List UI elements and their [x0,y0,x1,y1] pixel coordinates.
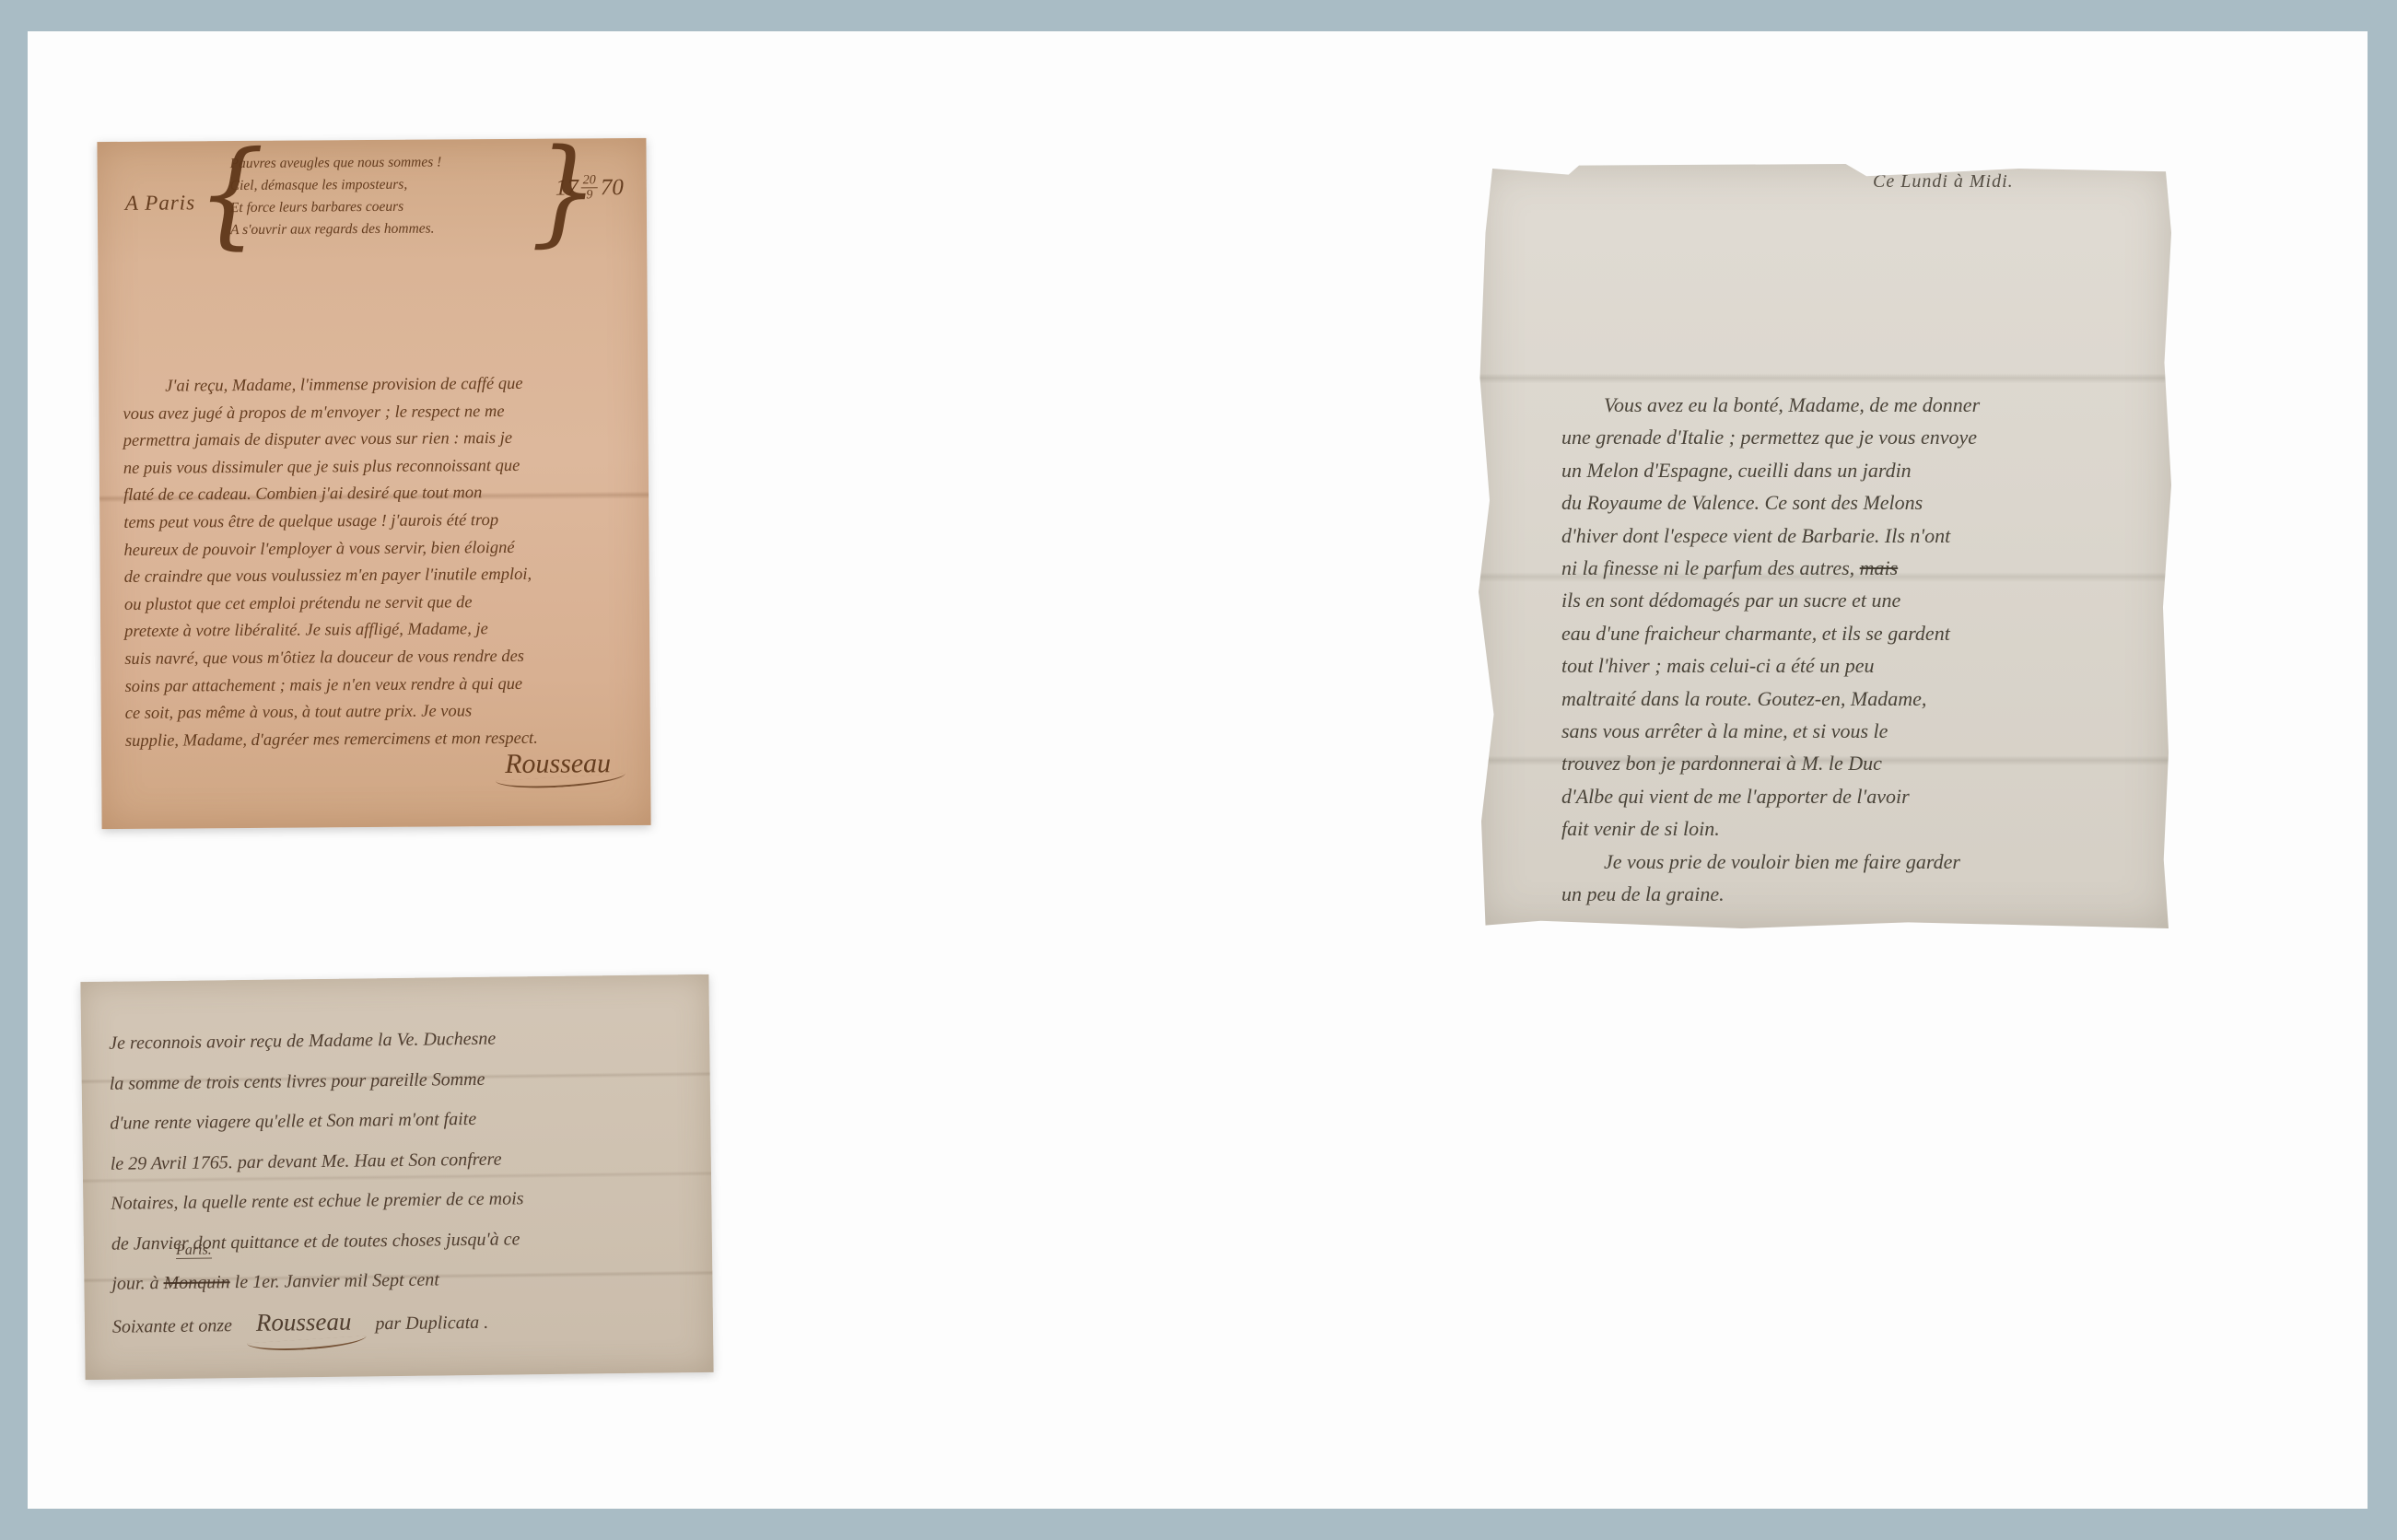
date-day: 20 [581,173,598,188]
manuscript-line-with-strikeout: ni la finesse ni le parfum des autres, m… [1561,552,2169,584]
manuscript-line: le 29 Avril 1765. par devant Me. Hau et … [111,1137,691,1184]
receipt-manuscript: Je reconnois avoir reçu de Madame la Ve.… [80,974,713,1380]
letter-body: Vous avez eu la bonté, Madame, de me don… [1561,389,2169,911]
manuscript-line: Je reconnois avoir reçu de Madame la Ve.… [109,1017,689,1064]
manuscript-line: de craindre que vous voulussiez m'en pay… [124,561,640,592]
verse-quatrain: Pauvres aveugles que nous sommes ! Ciel,… [229,151,441,241]
manuscript-line: flaté de ce cadeau. Combien j'ai desiré … [123,479,639,510]
manuscript-line: du Royaume de Valence. Ce sont des Melon… [1561,486,2169,519]
verse-line: Ciel, démasque les imposteurs, [230,173,442,197]
manuscript-line: Notaires, la quelle rente est echue le p… [111,1177,691,1224]
manuscript-line: un peu de la graine. [1561,878,2169,910]
right-edge-bar [2368,0,2397,1540]
manuscript-line: ils en sont dédomagés par un sucre et un… [1561,584,2169,616]
manuscript-line: un Melon d'Espagne, cueilli dans un jard… [1561,454,2169,486]
receipt-signature-line: Soixante et onze Rousseau par Duplicata … [112,1298,694,1347]
correction: Paris.Monquin [163,1263,230,1303]
letter-date: 17 20 9 70 [555,173,624,203]
manuscript-line: Vous avez eu la bonté, Madame, de me don… [1561,389,2169,421]
manuscript-line: ne puis vous dissimuler que je suis plus… [123,452,639,484]
date-month: 9 [586,188,592,202]
melon-letter-manuscript: Ce Lundi à Midi. Vous avez eu la bonté, … [1479,164,2171,928]
top-edge-bar [0,0,2397,31]
left-edge-bar [0,0,28,1540]
rousseau-signature: Rousseau [505,748,611,780]
verse-line: Pauvres aveugles que nous sommes ! [229,151,441,175]
letter-dateline: Ce Lundi à Midi. [1873,171,2014,192]
coffee-letter-manuscript: A Paris { Pauvres aveugles que nous somm… [97,138,650,829]
struck-word: Monquin [163,1272,229,1293]
verse-line: A s'ouvrir aux regards des hommes. [230,217,442,241]
date-century: 17 [555,175,579,201]
manuscript-line: sans vous arrêter à la mine, et si vous … [1561,715,2169,747]
date-year: 70 [601,175,624,201]
manuscript-line: pretexte à votre libéralité. Je suis aff… [124,615,640,647]
manuscript-line: maltraité dans la route. Goutez-en, Mada… [1561,682,2169,715]
manuscript-line: d'une rente viagere qu'elle et Son mari … [110,1097,690,1144]
verse-line: Et force leurs barbares coeurs [230,195,442,219]
date-fraction: 20 9 [581,173,598,202]
manuscript-line: une grenade d'Italie ; permettez que je … [1561,421,2169,453]
manuscript-line: suis navré, que vous m'ôtiez la douceur … [124,643,640,674]
red-wax-seal [626,1276,705,1372]
inserted-word: Paris. [176,1242,212,1258]
manuscript-line: permettra jamais de disputer avec vous s… [123,425,639,456]
letter-body: J'ai reçu, Madame, l'immense provision d… [123,370,641,755]
manuscript-line: la somme de trois cents livres pour pare… [109,1057,689,1104]
manuscript-line: d'Albe qui vient de me l'apporter de l'a… [1561,780,2169,812]
catalog-page: A Paris { Pauvres aveugles que nous somm… [0,0,2397,1540]
manuscript-line: eau d'une fraicheur charmante, et ils se… [1561,617,2169,649]
manuscript-line: tout l'hiver ; mais celui-ci a été un pe… [1561,649,2169,682]
rousseau-signature: Rousseau [256,1301,352,1343]
manuscript-line: trouvez bon je pardonnerai à M. le Duc [1561,747,2169,779]
manuscript-line: Je vous prie de vouloir bien me faire ga… [1561,846,2169,878]
manuscript-line: vous avez jugé à propos de m'envoyer ; l… [123,398,638,429]
manuscript-line: fait venir de si loin. [1561,812,2169,845]
manuscript-line: J'ai reçu, Madame, l'immense provision d… [123,370,638,402]
manuscript-line-with-correction: jour. à Paris.Monquin le 1er. Janvier mi… [111,1257,692,1304]
manuscript-line: d'hiver dont l'espece vient de Barbarie.… [1561,519,2169,552]
bottom-edge-bar [0,1509,2397,1540]
receipt-body: Je reconnois avoir reçu de Madame la Ve.… [109,1017,693,1347]
struck-word: mais [1860,556,1899,579]
manuscript-line: ce soit, pas même à vous, à tout autre p… [125,697,641,729]
manuscript-line: ou plustot que cet emploi prétendu ne se… [124,589,640,620]
manuscript-line: tems peut vous être de quelque usage ! j… [123,507,639,538]
letter-place: A Paris [125,191,195,216]
manuscript-line: soins par attachement ; mais je n'en veu… [124,671,640,702]
manuscript-line: heureux de pouvoir l'employer à vous ser… [123,534,639,566]
